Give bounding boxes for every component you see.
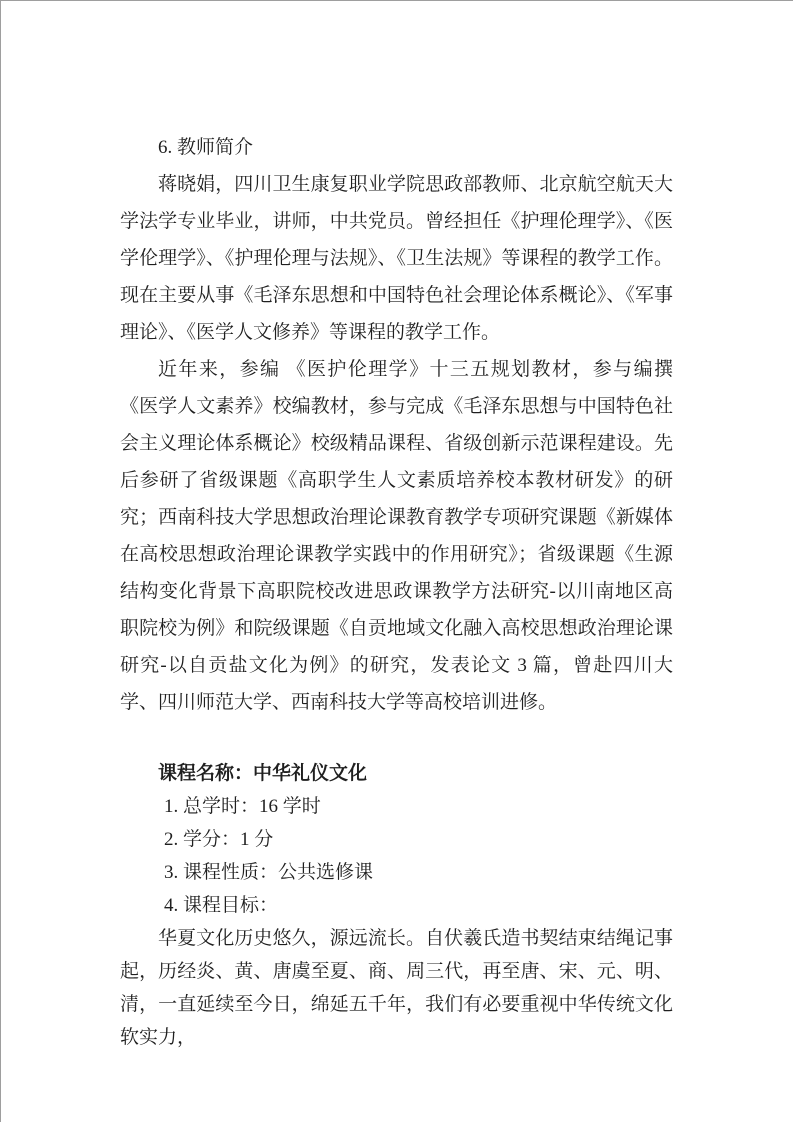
teacher-intro-heading: 6. 教师简介 [120,129,673,166]
course-goal-paragraph: 华夏文化历史悠久，源远流长。自伏羲氏造书契结束结绳记事起，历经炎、黄、唐虞至夏、… [120,922,673,1054]
course-item-course-type: 3. 课程性质：公共选修课 [120,856,673,889]
course-name-title: 课程名称：中华礼仪文化 [120,757,673,790]
section-teacher-intro: 6. 教师简介 蒋晓娟，四川卫生康复职业学院思政部教师、北京航空航天大学法学专业… [120,129,673,721]
course-item-credits: 2. 学分：1 分 [120,823,673,856]
teacher-bio-paragraph: 蒋晓娟，四川卫生康复职业学院思政部教师、北京航空航天大学法学专业毕业，讲师，中共… [120,166,673,351]
course-item-course-goal-label: 4. 课程目标： [120,889,673,922]
page-content: 6. 教师简介 蒋晓娟，四川卫生康复职业学院思政部教师、北京航空航天大学法学专业… [1,1,793,1054]
document-page: 6. 教师简介 蒋晓娟，四川卫生康复职业学院思政部教师、北京航空航天大学法学专业… [0,0,793,1122]
section-course-info: 课程名称：中华礼仪文化 1. 总学时：16 学时 2. 学分：1 分 3. 课程… [120,757,673,1054]
teacher-research-paragraph: 近年来，参编 《医护伦理学》十三五规划教材，参与编撰《医学人文素养》校编教材，参… [120,351,673,721]
course-item-total-hours: 1. 总学时：16 学时 [120,790,673,823]
